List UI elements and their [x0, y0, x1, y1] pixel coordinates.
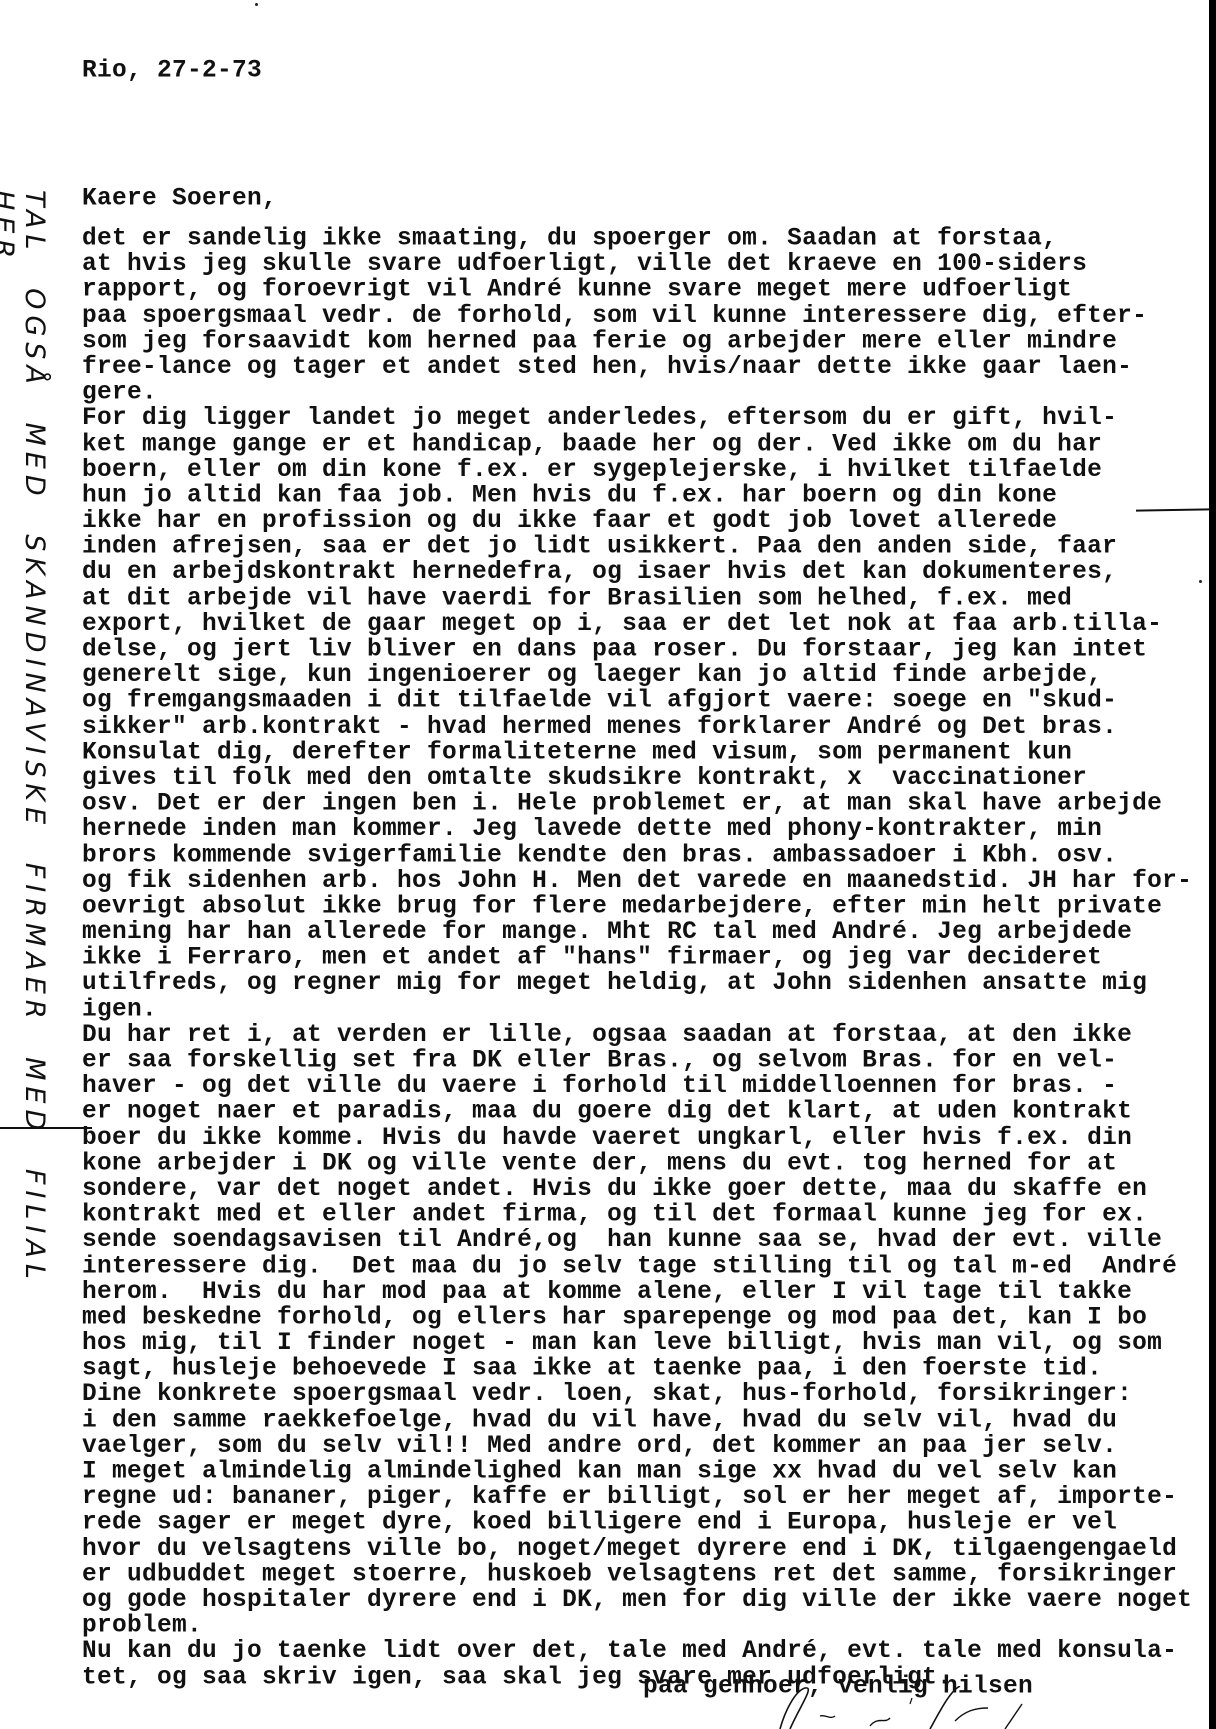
letter-line: osv. Det er der ingen ben i. Hele proble…: [82, 791, 1192, 817]
letter-line: herom. Hvis du har mod paa at komme alen…: [82, 1279, 1192, 1305]
letter-line: igen.: [82, 997, 1192, 1023]
letter-line: I meget almindelig almindelighed kan man…: [82, 1459, 1192, 1485]
letter-line: ket mange gange er et handicap, baade he…: [82, 432, 1192, 458]
scan-speck: [1199, 580, 1202, 583]
letter-line: med beskedne forhold, og ellers har spar…: [82, 1305, 1192, 1331]
letter-line: vaelger, som du selv vil!! Med andre ord…: [82, 1433, 1192, 1459]
dateline: Rio, 27-2-73: [82, 58, 262, 84]
letter-line: inden afrejsen, saa er det jo lidt usikk…: [82, 534, 1192, 560]
letter-line: og fik sidenhen arb. hos John H. Men det…: [82, 868, 1192, 894]
letter-line: utilfreds, og regner mig for meget heldi…: [82, 971, 1192, 997]
letter-line: er udbuddet meget stoerre, huskoeb velsa…: [82, 1562, 1192, 1588]
letter-line: generelt sige, kun ingenioerer og laeger…: [82, 663, 1192, 689]
letter-line: det er sandelig ikke smaating, du spoerg…: [82, 226, 1192, 252]
letter-line: Konsulat dig, derefter formaliteterne me…: [82, 740, 1192, 766]
letter-line: sagt, husleje behoevede I saa ikke at ta…: [82, 1356, 1192, 1382]
letter-line: boern, eller om din kone f.ex. er sygepl…: [82, 457, 1192, 483]
letter-line: hos mig, til I finder noget - man kan le…: [82, 1331, 1192, 1357]
letter-line: og fremgangsmaaden i dit tilfaelde vil a…: [82, 688, 1192, 714]
letter-line: er saa forskellig set fra DK eller Bras.…: [82, 1048, 1192, 1074]
letter-line: som jeg forsaavidt kom herned paa ferie …: [82, 329, 1192, 355]
letter-line: boer du ikke komme. Hvis du havde vaeret…: [82, 1125, 1192, 1151]
letter-line: problem.: [82, 1613, 1192, 1639]
letter-line: du en arbejdskontrakt hernedefra, og isa…: [82, 560, 1192, 586]
letter-line: rapport, og foroevrigt vil André kunne s…: [82, 277, 1192, 303]
letter-line: interessere dig. Det maa du jo selv tage…: [82, 1254, 1192, 1280]
letter-line: Du har ret i, at verden er lille, ogsaa …: [82, 1022, 1192, 1048]
scan-speck: [255, 3, 258, 6]
letter-line: For dig ligger landet jo meget anderlede…: [82, 406, 1192, 432]
letter-line: ikke i Ferraro, men et andet af "hans" f…: [82, 945, 1192, 971]
letter-line: export, hvilket de gaar meget op i, saa …: [82, 611, 1192, 637]
letter-line: ikke har en profission og du ikke faar e…: [82, 509, 1192, 535]
letter-body: det er sandelig ikke smaating, du spoerg…: [82, 226, 1192, 1690]
letter-line: haver - og det ville du vaere i forhold …: [82, 1074, 1192, 1100]
letter-line: sende soendagsavisen til André,og han ku…: [82, 1228, 1192, 1254]
letter-line: regne ud: bananer, piger, kaffe er billi…: [82, 1485, 1192, 1511]
letter-line: kontrakt med et eller andet firma, og ti…: [82, 1202, 1192, 1228]
letter-line: Nu kan du jo taenke lidt over det, tale …: [82, 1639, 1192, 1665]
letter-line: Dine konkrete spoergsmaal vedr. loen, sk…: [82, 1382, 1192, 1408]
letter-line: gives til folk med den omtalte skudsikre…: [82, 766, 1192, 792]
letter-line: og gode hospitaler dyrere end i DK, men …: [82, 1588, 1192, 1614]
letter-line: sondere, var det noget andet. Hvis du ik…: [82, 1177, 1192, 1203]
letter-line: hun jo altid kan faa job. Men hvis du f.…: [82, 483, 1192, 509]
letter-line: i den samme raekkefoelge, hvad du vil ha…: [82, 1408, 1192, 1434]
letter-line: paa spoergsmaal vedr. de forhold, som vi…: [82, 303, 1192, 329]
letter-line: hvor du velsagtens ville bo, noget/meget…: [82, 1536, 1192, 1562]
letter-line: rede sager er meget dyre, koed billigere…: [82, 1511, 1192, 1537]
letter-line: oevrigt absolut ikke brug for flere meda…: [82, 894, 1192, 920]
pen-stroke: [0, 1127, 92, 1129]
letter-line: brors kommende svigerfamilie kendte den …: [82, 843, 1192, 869]
letter-line: er noget naer et paradis, maa du goere d…: [82, 1100, 1192, 1126]
letter-line: free-lance og tager et andet sted hen, h…: [82, 354, 1192, 380]
letter-line: at hvis jeg skulle svare udfoerligt, vil…: [82, 252, 1192, 278]
letter-line: mening har han allerede for mange. Mht R…: [82, 920, 1192, 946]
letter-line: kone arbejder i DK og ville vente der, m…: [82, 1151, 1192, 1177]
signature: [760, 1686, 1100, 1729]
letter-line: delse, og jert liv bliver en dans paa ro…: [82, 637, 1192, 663]
salutation: Kaere Soeren,: [82, 186, 277, 212]
scan-edge-shadow: [1209, 0, 1216, 1729]
handwritten-margin-note: TAL OGSÅ MED SKANDINAVISKE FIRMAER MED F…: [10, 190, 50, 1290]
letter-page: Rio, 27-2-73 Kaere Soeren, det er sandel…: [0, 0, 1216, 1729]
letter-line: hernede inden man kommer. Jeg lavede det…: [82, 817, 1192, 843]
letter-line: sikker" arb.kontrakt - hvad hermed menes…: [82, 714, 1192, 740]
letter-line: gere.: [82, 380, 1192, 406]
letter-line: at dit arbejde vil have vaerdi for Brasi…: [82, 586, 1192, 612]
